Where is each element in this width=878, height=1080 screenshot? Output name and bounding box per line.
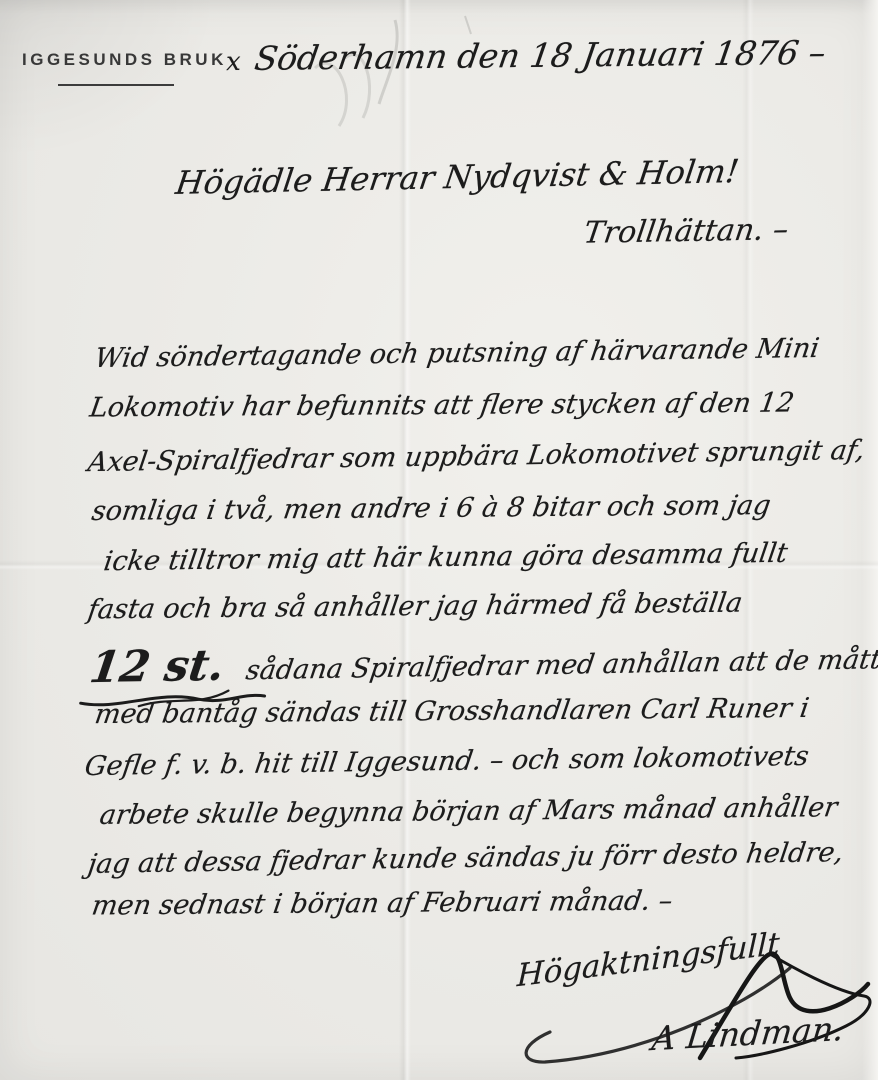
- top-edge-shadow: [0, 0, 878, 14]
- letterhead-underline-rule: [58, 84, 174, 86]
- body-line: Gefle f. v. b. hit till Iggesund. – och …: [85, 741, 809, 782]
- body-line: med bantåg sändas till Grosshandlaren Ca…: [95, 693, 809, 730]
- body-line: somliga i två, men andre i 6 à 8 bitar o…: [92, 490, 771, 527]
- body-line: jag att dessa fjedrar kunde sändas ju fö…: [88, 837, 844, 880]
- body-line: men sednast i början af Februari månad. …: [92, 885, 673, 921]
- salutation-addressee: Högädle Herrar Nydqvist & Holm!: [176, 152, 739, 202]
- closing-valediction: Högaktningsfullt: [515, 926, 782, 994]
- dateline: xSöderhamn den 18 Januari 1876 –: [226, 33, 826, 78]
- letterhead-company-name: IGGESUNDS BRUK: [22, 51, 227, 70]
- dateline-text: Söderhamn den 18 Januari 1876 –: [252, 33, 828, 78]
- signature-name: A Lindman.: [651, 1009, 845, 1058]
- body-line: arbete skulle begynna början af Mars mån…: [100, 792, 837, 831]
- right-edge-highlight: [862, 0, 878, 1080]
- body-line: Lokomotiv har befunnits att flere stycke…: [90, 388, 794, 424]
- corner-shading: [0, 0, 220, 160]
- dateline-check-mark: x: [226, 47, 241, 77]
- body-line: fasta och bra så anhåller jag härmed få …: [88, 588, 743, 626]
- ink-bleed-through-marks: [275, 8, 535, 158]
- salutation-location: Trollhättan. –: [584, 212, 789, 251]
- body-line: icke tilltror mig att här kunna göra des…: [104, 538, 788, 577]
- body-line: Wid söndertagande och putsning af härvar…: [95, 333, 819, 374]
- body-line-order-quantity: 12 st. sådana Spiralfjedrar med anhållan…: [90, 629, 878, 693]
- body-line-text: sådana Spiralfjedrar med anhållan att de…: [244, 644, 878, 686]
- order-quantity: 12 st.: [90, 641, 225, 693]
- body-line: Axel-Spiralfjedrar som uppbära Lokomotiv…: [88, 435, 865, 478]
- scanned-letter-page: IGGESUNDS BRUK xSöderhamn den 18 Januari…: [0, 0, 878, 1080]
